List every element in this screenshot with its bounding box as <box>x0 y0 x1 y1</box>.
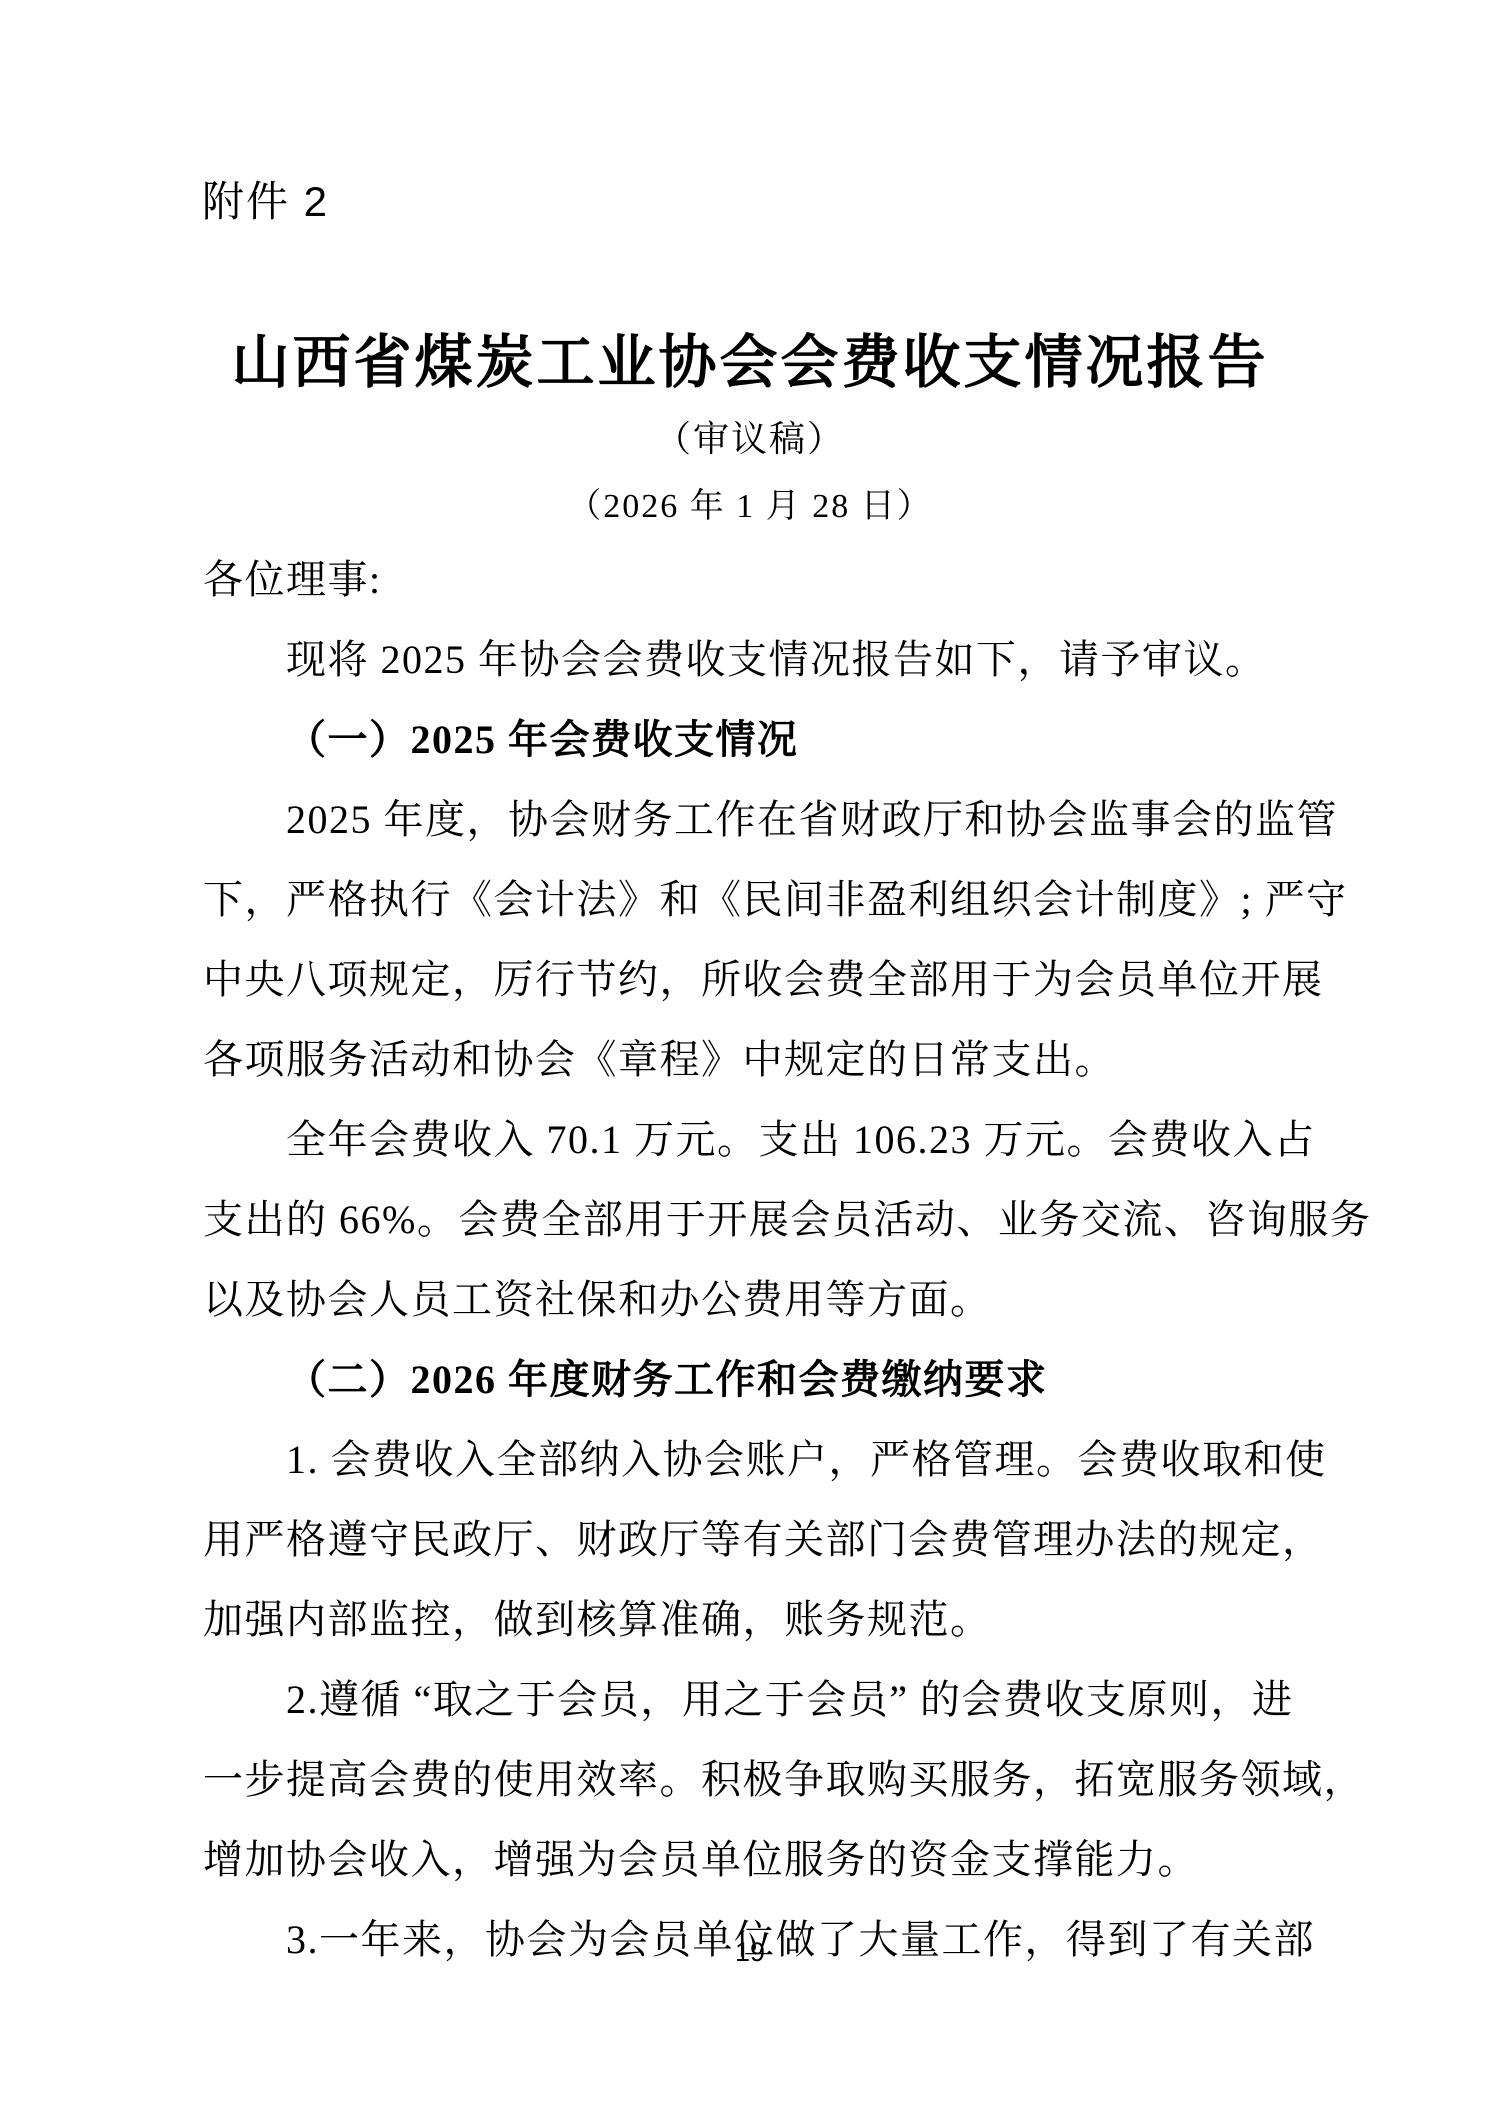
body-line: 增加协会收入，增强为会员单位服务的资金支撑能力。 <box>203 1820 1363 1900</box>
body-line: 1. 会费收入全部纳入协会账户，严格管理。会费收取和使 <box>203 1420 1363 1500</box>
body-line: 加强内部监控，做到核算准确，账务规范。 <box>203 1580 1363 1660</box>
body-line: 一步提高会费的使用效率。积极争取购买服务，拓宽服务领域， <box>203 1740 1363 1820</box>
body-line: 现将 2025 年协会会费收支情况报告如下，请予审议。 <box>203 620 1363 700</box>
body-line: 下，严格执行《会计法》和《民间非盈利组织会计制度》; 严守 <box>203 860 1363 940</box>
page-number: 19 <box>0 1934 1500 1970</box>
body-line: 2025 年度，协会财务工作在省财政厅和协会监事会的监管 <box>203 780 1363 860</box>
body-line: 2.遵循 “取之于会员，用之于会员” 的会费收支原则，进 <box>203 1660 1363 1740</box>
document-body: 各位理事: 现将 2025 年协会会费收支情况报告如下，请予审议。 （一）202… <box>203 540 1363 1980</box>
body-line: 全年会费收入 70.1 万元。支出 106.23 万元。会费收入占 <box>203 1100 1363 1180</box>
body-line: 以及协会人员工资社保和办公费用等方面。 <box>203 1260 1363 1340</box>
document-page: 附件 2 山西省煤炭工业协会会费收支情况报告 （审议稿） （2026 年 1 月… <box>0 0 1500 2121</box>
body-line: 中央八项规定，厉行节约，所收会费全部用于为会员单位开展 <box>203 940 1363 1020</box>
report-title: 山西省煤炭工业协会会费收支情况报告 <box>0 318 1500 408</box>
report-date: （2026 年 1 月 28 日） <box>0 480 1500 534</box>
body-line: 各项服务活动和协会《章程》中规定的日常支出。 <box>203 1020 1363 1100</box>
section-heading-2: （二）2026 年度财务工作和会费缴纳要求 <box>203 1340 1363 1420</box>
body-line: 用严格遵守民政厅、财政厅等有关部门会费管理办法的规定， <box>203 1500 1363 1580</box>
section-heading-1: （一）2025 年会费收支情况 <box>203 700 1363 780</box>
report-subtitle: （审议稿） <box>0 412 1500 466</box>
body-line: 支出的 66%。会费全部用于开展会员活动、业务交流、咨询服务 <box>203 1180 1363 1260</box>
attachment-label: 附件 2 <box>202 176 329 228</box>
salutation: 各位理事: <box>203 540 1363 620</box>
